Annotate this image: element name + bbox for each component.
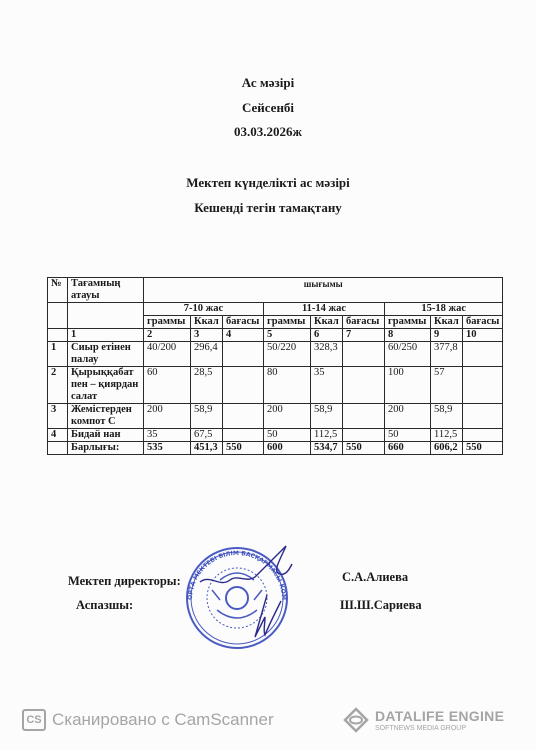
column-number-row: 1 2 3 4 5 6 7 8 9 10 xyxy=(48,329,503,342)
director-label: Мектеп директоры: xyxy=(68,574,181,589)
header-dish-name: Тағамның атауы xyxy=(68,278,144,303)
subtitle-free-meals: Кешенді тегін тамақтану xyxy=(0,200,536,216)
camscanner-logo-icon: CS xyxy=(22,709,46,731)
camscanner-watermark: CS Сканировано с CamScanner xyxy=(22,704,274,736)
cook-name: Ш.Ш.Сариева xyxy=(340,598,422,613)
age-group-7-10: 7-10 жас xyxy=(144,303,264,316)
table-row: 3 Жемістерден компот С 200 58,9 200 58,9… xyxy=(48,404,503,429)
table-row: 1 Сиыр етінен палау 40/200 296,4 50/220 … xyxy=(48,342,503,367)
sub-header-kcal: Ккал xyxy=(311,316,343,329)
age-group-15-18: 15-18 жас xyxy=(385,303,503,316)
sub-header-grams: граммы xyxy=(385,316,431,329)
weekday: Сейсенбі xyxy=(0,100,536,116)
director-name: С.А.Алиева xyxy=(342,570,408,585)
header-no: № xyxy=(48,278,68,303)
sub-header-kcal: Ккал xyxy=(191,316,223,329)
total-row: Барлығы: 535 451,3 550 600 534,7 550 660… xyxy=(48,442,503,455)
table-row: 2 Қырыққабат пен – қиярдан салат 60 28,5… xyxy=(48,367,503,404)
cook-label: Аспазшы: xyxy=(76,598,133,613)
total-label: Барлығы: xyxy=(68,442,144,455)
datalife-title: DATALIFE ENGINE xyxy=(375,709,504,723)
header-output: шығымы xyxy=(144,278,503,303)
scanned-page: Ас мәзірі Сейсенбі 03.03.2026ж Мектеп кү… xyxy=(0,0,536,750)
sub-header-price: бағасы xyxy=(343,316,385,329)
dish-name: Қырыққабат пен – қиярдан салат xyxy=(68,367,144,404)
menu-title: Ас мәзірі xyxy=(0,75,536,91)
subtitle-daily-menu: Мектеп күнделікті ас мәзірі xyxy=(0,175,536,191)
datalife-subtitle: SOFTNEWS MEDIA GROUP xyxy=(375,725,504,732)
dish-name: Сиыр етінен палау xyxy=(68,342,144,367)
datalife-watermark: DATALIFE ENGINE SOFTNEWS MEDIA GROUP xyxy=(343,704,504,736)
sub-header-kcal: Ккал xyxy=(431,316,463,329)
datalife-eye-logo-icon xyxy=(343,707,369,733)
dish-name: Жемістерден компот С xyxy=(68,404,144,429)
dish-name: Бидай нан xyxy=(68,429,144,442)
menu-table: № Тағамның атауы шығымы 7-10 жас 11-14 ж… xyxy=(47,277,503,455)
table-row: 4 Бидай нан 35 67,5 50 112,5 50 112,5 xyxy=(48,429,503,442)
camscanner-text: Сканировано с CamScanner xyxy=(52,710,274,730)
sub-header-grams: граммы xyxy=(264,316,311,329)
sub-header-price: бағасы xyxy=(223,316,264,329)
age-group-11-14: 11-14 жас xyxy=(264,303,385,316)
sub-header-price: бағасы xyxy=(463,316,503,329)
sub-header-grams: граммы xyxy=(144,316,191,329)
date: 03.03.2026ж xyxy=(0,124,536,140)
official-stamp-icon: ОРТА МЕКТЕБІ БІЛІМ БАСҚАРМАСЫ КОММУНАЛДЫ… xyxy=(172,540,312,655)
